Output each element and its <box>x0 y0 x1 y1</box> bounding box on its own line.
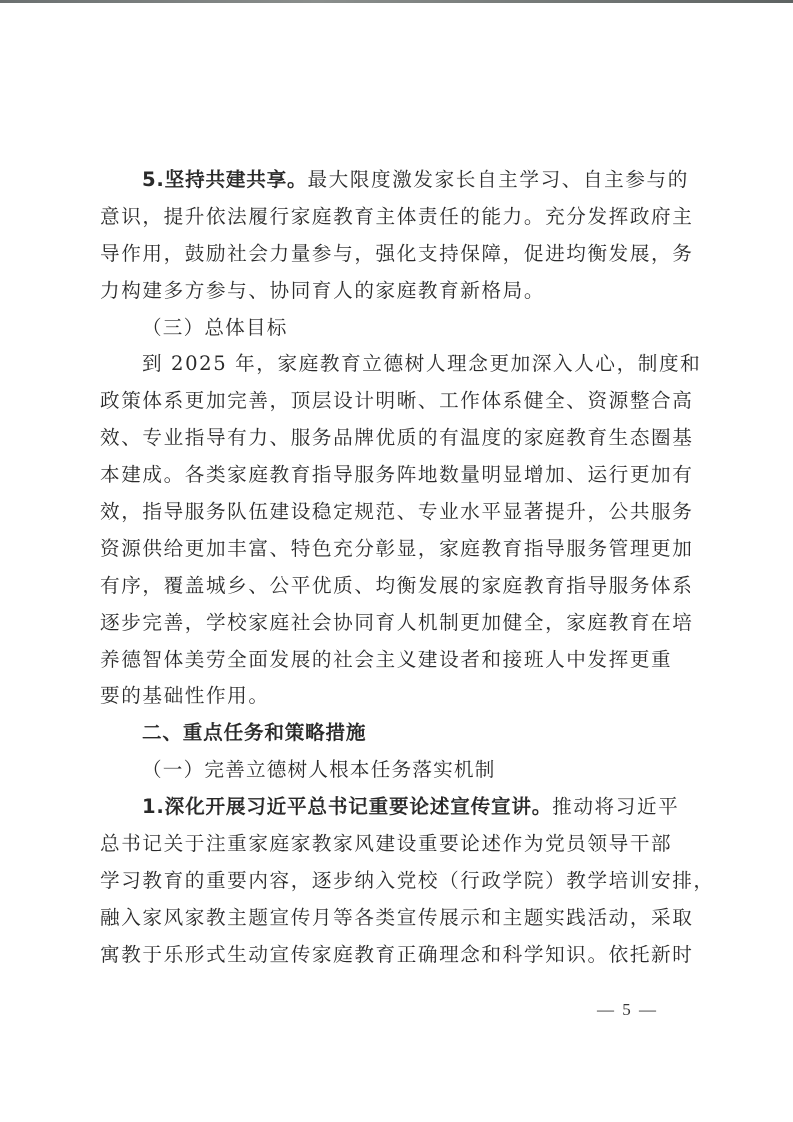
item-1-line-4: 融入家风家教主题宣传月等各类宣传展示和主题实践活动，采取 <box>100 903 680 933</box>
item-1-line-5: 寓教于乐形式生动宣传家庭教育正确理念和科学知识。依托新时 <box>100 940 680 970</box>
scan-edge <box>0 0 793 3</box>
item-1-line-2: 总书记关于注重家庭家教家风建设重要论述作为党员领导干部 <box>100 829 680 859</box>
goal-line-6: 资源供给更加丰富、特色充分彰显，家庭教育指导服务管理更加 <box>100 534 680 564</box>
item-1-lead: 1.深化开展习近平总书记重要论述宣传宣讲。 <box>142 795 552 818</box>
goal-line-4: 本建成。各类家庭教育指导服务阵地数量明显增加、运行更加有 <box>100 460 680 490</box>
goal-line-3: 效、专业指导有力、服务品牌优质的有温度的家庭教育生态圈基 <box>100 423 680 453</box>
page-number: — 5 — <box>597 1000 658 1020</box>
paragraph-section-5-line-2: 意识，提升依法履行家庭教育主体责任的能力。充分发挥政府主 <box>100 202 680 232</box>
goal-line-5: 效，指导服务队伍建设稳定规范、专业水平显著提升，公共服务 <box>100 497 680 527</box>
item-1-line-3: 学习教育的重要内容，逐步纳入党校（行政学院）教学培训安排， <box>100 866 680 896</box>
goal-line-9: 养德智体美劳全面发展的社会主义建设者和接班人中发挥更重 <box>100 645 680 675</box>
section-5-text: 最大限度激发家长自主学习、自主参与的 <box>307 168 689 191</box>
heading-key-tasks: 二、重点任务和策略措施 <box>100 718 680 748</box>
paragraph-section-5-line-1: 5.坚持共建共享。最大限度激发家长自主学习、自主参与的 <box>100 165 680 195</box>
goal-line-7: 有序，覆盖城乡、公平优质、均衡发展的家庭教育指导服务体系 <box>100 571 680 601</box>
item-1-text: 推动将习近平 <box>552 795 679 818</box>
goal-line-8: 逐步完善，学校家庭社会协同育人机制更加健全，家庭教育在培 <box>100 608 680 638</box>
heading-overall-goals: （三）总体目标 <box>100 313 680 343</box>
section-5-lead: 5.坚持共建共享。 <box>142 168 307 191</box>
paragraph-section-5-line-3: 导作用，鼓励社会力量参与，强化支持保障，促进均衡发展，务 <box>100 239 680 269</box>
paragraph-section-5-line-4: 力构建多方参与、协同育人的家庭教育新格局。 <box>100 276 680 306</box>
goal-line-10: 要的基础性作用。 <box>100 681 680 711</box>
goal-line-2: 政策体系更加完善，顶层设计明晰、工作体系健全、资源整合高 <box>100 386 680 416</box>
item-1-line-1: 1.深化开展习近平总书记重要论述宣传宣讲。推动将习近平 <box>100 792 680 822</box>
goal-line-1: 到 2025 年，家庭教育立德树人理念更加深入人心，制度和 <box>100 349 680 379</box>
page-body: 5.坚持共建共享。最大限度激发家长自主学习、自主参与的 意识，提升依法履行家庭教… <box>100 165 680 977</box>
heading-mechanism: （一）完善立德树人根本任务落实机制 <box>100 755 680 785</box>
